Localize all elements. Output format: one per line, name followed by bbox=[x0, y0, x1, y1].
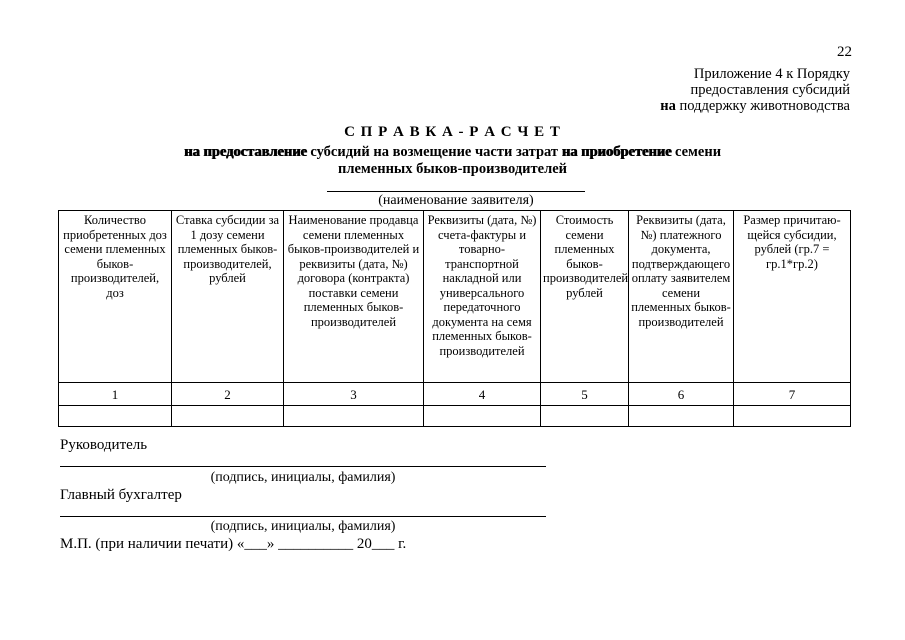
header-cell-subsidy-amount: Размер причитаю­щейся субсидии, рублей (… bbox=[734, 211, 851, 383]
header-cell-cost: Стоимость семени племенных быков-произво… bbox=[541, 211, 629, 383]
column-number-cell: 3 bbox=[284, 383, 424, 406]
table-header-row: Количество приобретенных доз семени плем… bbox=[59, 211, 851, 383]
applicant-block: (наименование заявителя) bbox=[327, 191, 585, 209]
header-cell-rate: Ставка субсидии за 1 дозу семени племенн… bbox=[172, 211, 284, 383]
appendix-line-2: предоставления субсидий bbox=[660, 82, 850, 98]
applicant-caption: (наименование заявителя) bbox=[327, 192, 585, 209]
page-number: 22 bbox=[837, 44, 852, 61]
stamp-date-line: М.П. (при наличии печати) «___» ________… bbox=[60, 536, 406, 553]
header-cell-invoice: Реквизиты (дата, №) счета-фактуры и това… bbox=[424, 211, 541, 383]
entry-cell bbox=[424, 406, 541, 427]
entry-cell bbox=[734, 406, 851, 427]
form-title-main: С П Р А В К А - Р А С Ч Е Т bbox=[0, 124, 905, 141]
document-page: 22 Приложение 4 к Порядку предоставления… bbox=[0, 0, 905, 640]
entry-cell bbox=[172, 406, 284, 427]
entry-cell bbox=[59, 406, 172, 427]
entry-cell bbox=[284, 406, 424, 427]
header-cell-payment-doc: Реквизиты (дата, №) платежного документа… bbox=[629, 211, 734, 383]
form-title-sub-2: племенных быков-производителей bbox=[0, 161, 905, 178]
director-signature-caption: (подпись, инициалы, фамилия) bbox=[60, 470, 546, 486]
column-number-cell: 6 bbox=[629, 383, 734, 406]
form-title-sub-1: на предоставление субсидий на возмещение… bbox=[0, 144, 905, 161]
accountant-signature-line bbox=[60, 516, 546, 517]
table-column-number-row: 1 2 3 4 5 6 7 bbox=[59, 383, 851, 406]
column-number-cell: 4 bbox=[424, 383, 541, 406]
entry-cell bbox=[541, 406, 629, 427]
header-cell-seller: Наименование продавца семени племенных б… bbox=[284, 211, 424, 383]
appendix-note: Приложение 4 к Порядку предоставления су… bbox=[660, 66, 850, 114]
column-number-cell: 2 bbox=[172, 383, 284, 406]
column-number-cell: 7 bbox=[734, 383, 851, 406]
form-title: С П Р А В К А - Р А С Ч Е Т на предостав… bbox=[0, 124, 905, 178]
director-signature-line bbox=[60, 466, 546, 467]
appendix-line-3: на поддержку животноводства bbox=[660, 98, 850, 114]
column-number-cell: 5 bbox=[541, 383, 629, 406]
column-number-cell: 1 bbox=[59, 383, 172, 406]
director-label: Руководитель bbox=[60, 437, 147, 454]
appendix-line-1: Приложение 4 к Порядку bbox=[660, 66, 850, 82]
accountant-signature-caption: (подпись, инициалы, фамилия) bbox=[60, 519, 546, 535]
accountant-label: Главный бухгалтер bbox=[60, 487, 182, 504]
header-cell-quantity: Количество приобретенных доз семени плем… bbox=[59, 211, 172, 383]
subsidy-calculation-table: Количество приобретенных доз семени плем… bbox=[58, 210, 851, 427]
entry-cell bbox=[629, 406, 734, 427]
table-entry-row bbox=[59, 406, 851, 427]
